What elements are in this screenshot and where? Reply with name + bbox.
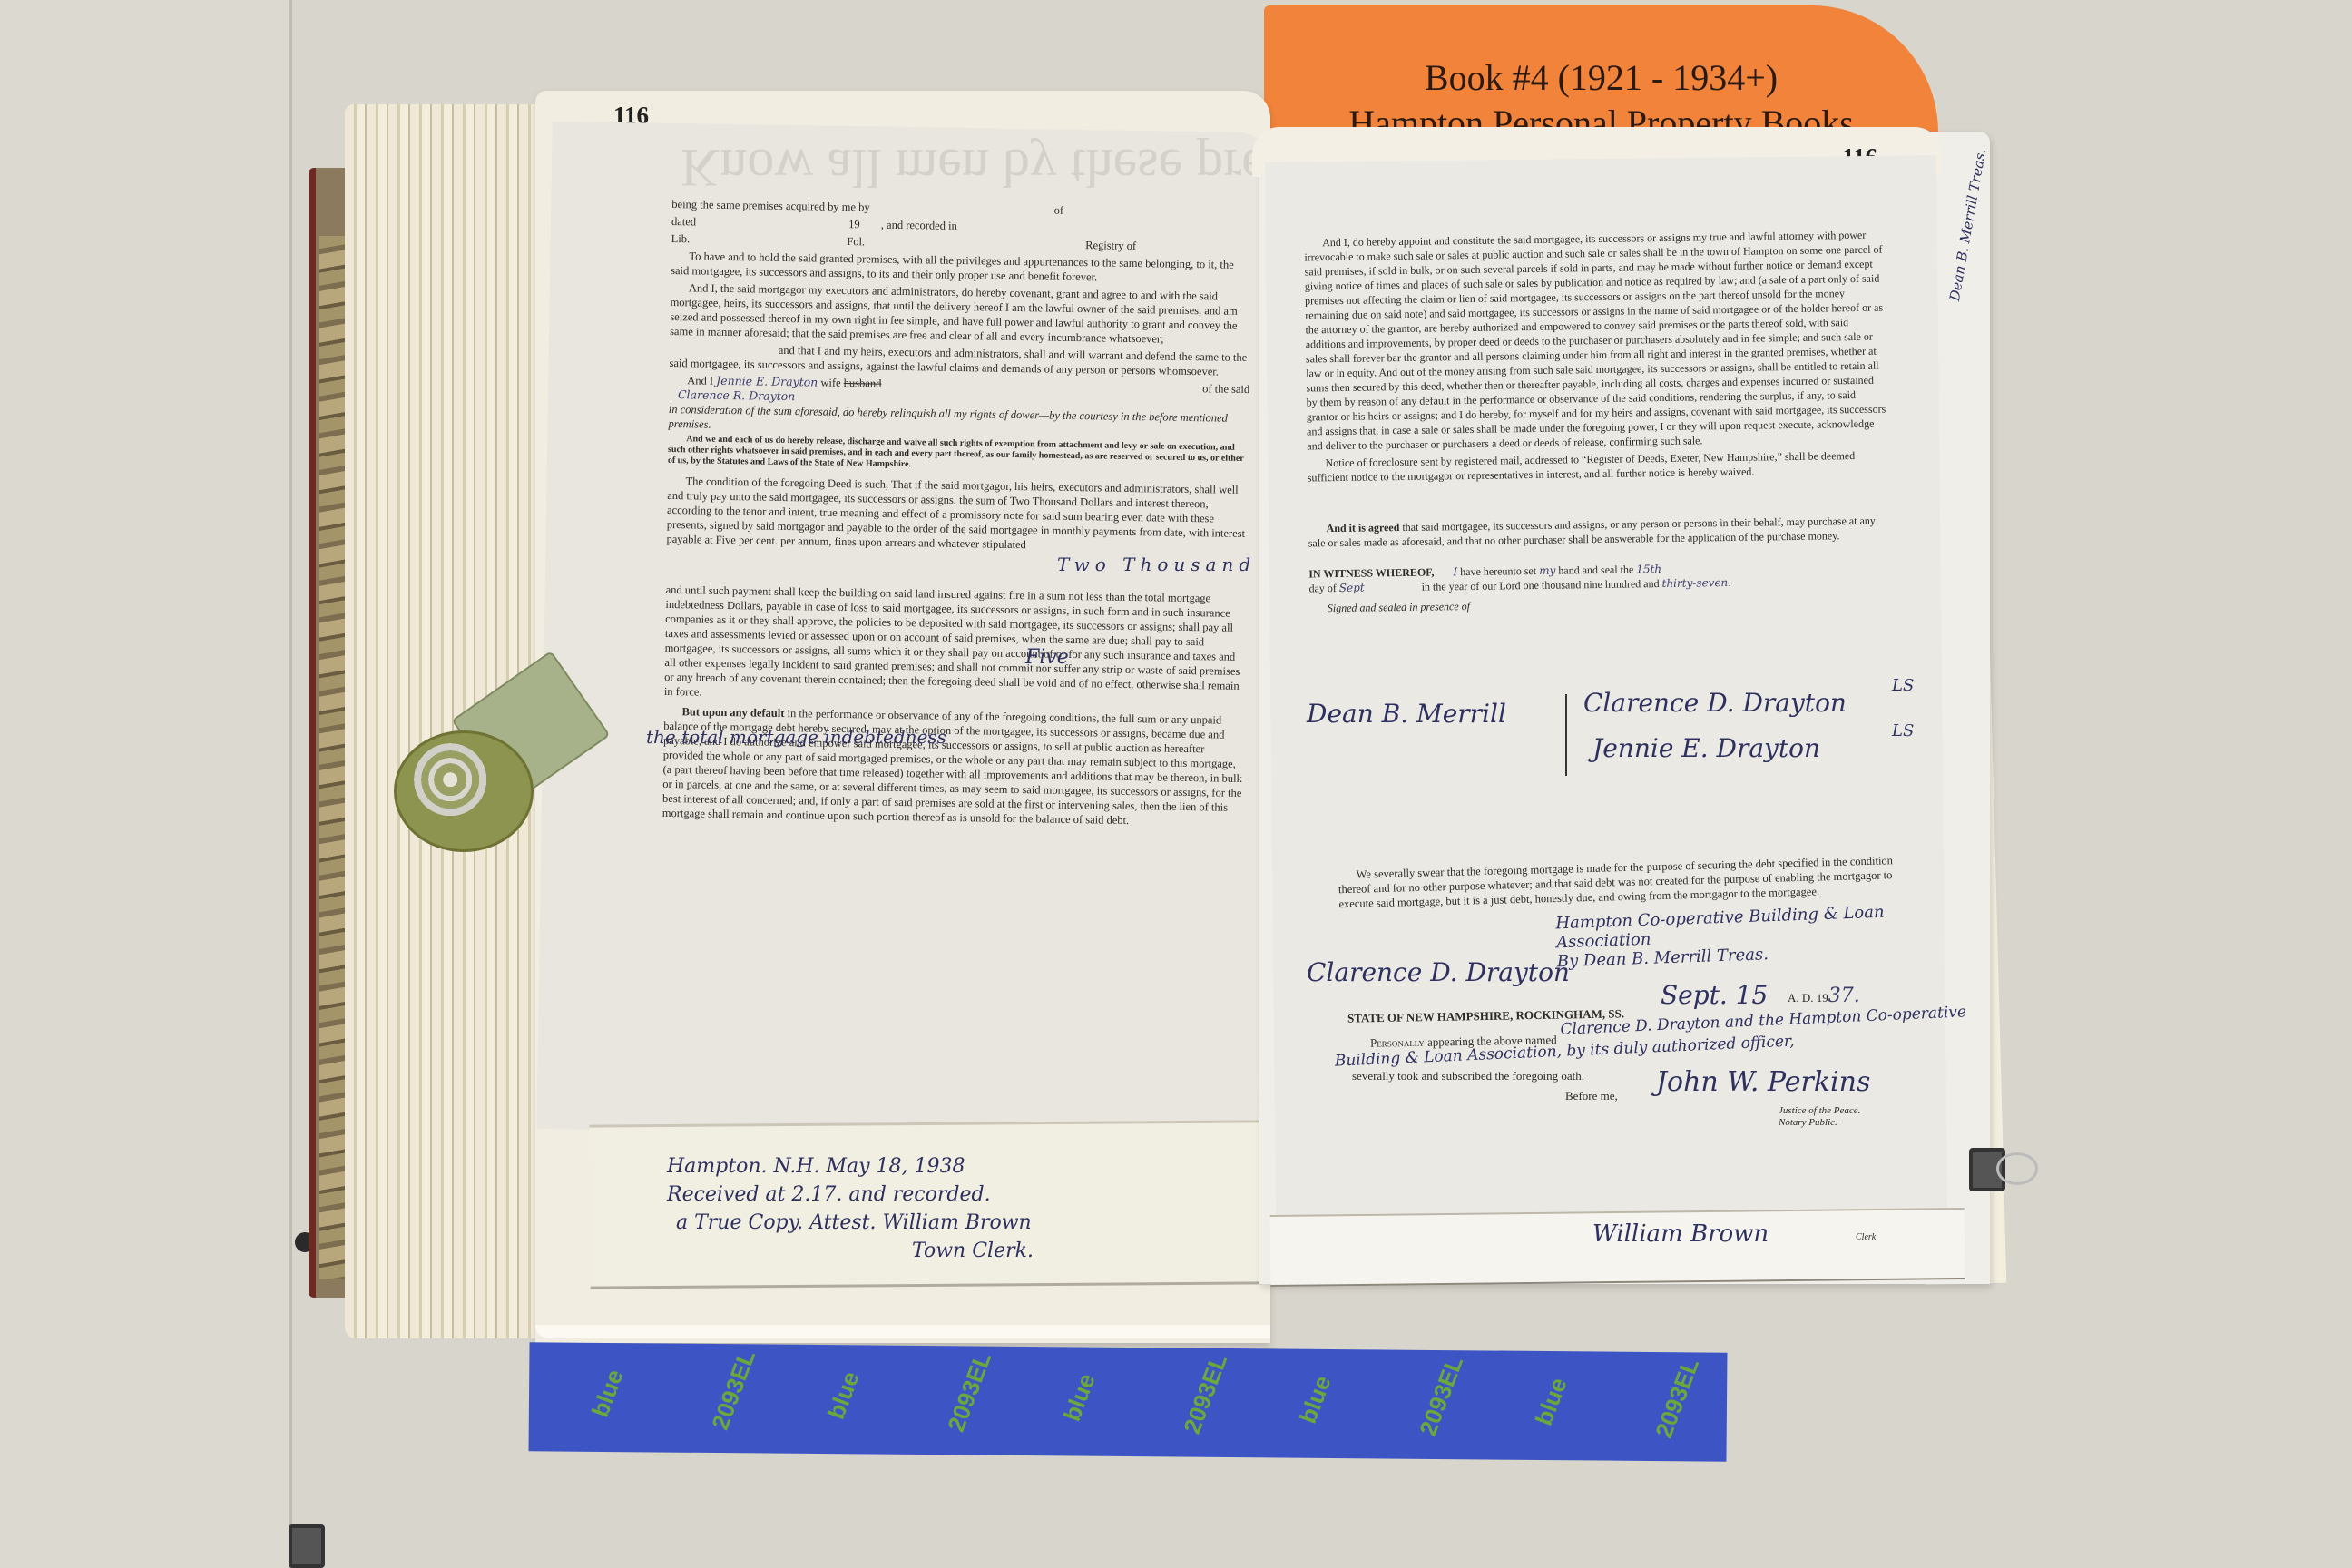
witness-signature: Dean B. Merrill <box>1307 699 1506 729</box>
seal-2: LS <box>1892 721 1914 740</box>
mortgagor-oath-signature: Clarence D. Drayton <box>1307 957 1570 987</box>
handwritten-insurance-sum: the total mortgage indebtedness <box>646 726 946 748</box>
justice-title: Justice of the Peace. Notary Public. <box>1779 1105 1860 1129</box>
divider-title: Book #4 (1921 - 1934+) <box>1264 56 1938 99</box>
right-form-text: And I, do hereby appoint and constitute … <box>1304 228 1890 619</box>
binder-clip-wire <box>1996 1152 2038 1185</box>
insurance-clause: and until such payment shall keep the bu… <box>664 583 1247 708</box>
default-clause: But upon any default in the performance … <box>662 704 1245 829</box>
clerk-signature: William Brown <box>1592 1220 1769 1248</box>
justice-signature: John W. Perkins <box>1656 1066 1870 1098</box>
handwritten-rate: Five <box>1025 646 1069 669</box>
clerk-label: Clerk <box>1856 1230 1876 1245</box>
signature-brace <box>1565 694 1567 776</box>
dower-signature-2: Clarence R. Drayton <box>678 387 796 403</box>
acknowledgment-date: Sept. 15 <box>1661 980 1768 1010</box>
recording-note: Hampton. N.H. May 18, 1938 Received at 2… <box>667 1152 1175 1265</box>
agreed-clause: And it is agreed that said mortgagee, it… <box>1308 514 1888 551</box>
table-surface-left <box>0 0 299 1568</box>
left-page-bottom-edge <box>535 1325 1270 1338</box>
handwritten-amount: Two Thousand <box>1057 554 1256 575</box>
covenant-clause: And I, the said mortgagor my executors a… <box>670 280 1251 348</box>
mortgagor-signature-2: Jennie E. Drayton <box>1592 733 1820 763</box>
decorative-clip-knob[interactable] <box>394 730 534 852</box>
condition-clause: The condition of the foregoing Deed is s… <box>666 474 1248 555</box>
binder-clip-bottom-icon[interactable] <box>289 1524 325 1568</box>
witness-clause: IN WITNESS WHEREOF, I have hereunto set … <box>1308 559 1889 596</box>
ad-label: A. D. 1937. <box>1788 989 1860 1005</box>
painters-tape: blue 2093EL blue 2093EL blue 2093EL blue… <box>529 1342 1728 1462</box>
power-of-sale-clause: And I, do hereby appoint and constitute … <box>1304 228 1887 454</box>
oath-subscribed: severally took and subscribed the forego… <box>1352 1069 1584 1083</box>
mortgagor-signature-1: Clarence D. Drayton <box>1583 688 1847 718</box>
dower-block: And I Jennie E. Drayton wife husband of … <box>668 373 1249 440</box>
dower-signature-1: Jennie E. Drayton <box>716 374 818 389</box>
seal-1: LS <box>1892 676 1914 695</box>
notice-clause: Notice of foreclosure sent by registered… <box>1307 448 1887 485</box>
before-me-label: Before me, <box>1565 1089 1618 1103</box>
homestead-clause: And we and each of us do hereby release,… <box>668 434 1249 475</box>
